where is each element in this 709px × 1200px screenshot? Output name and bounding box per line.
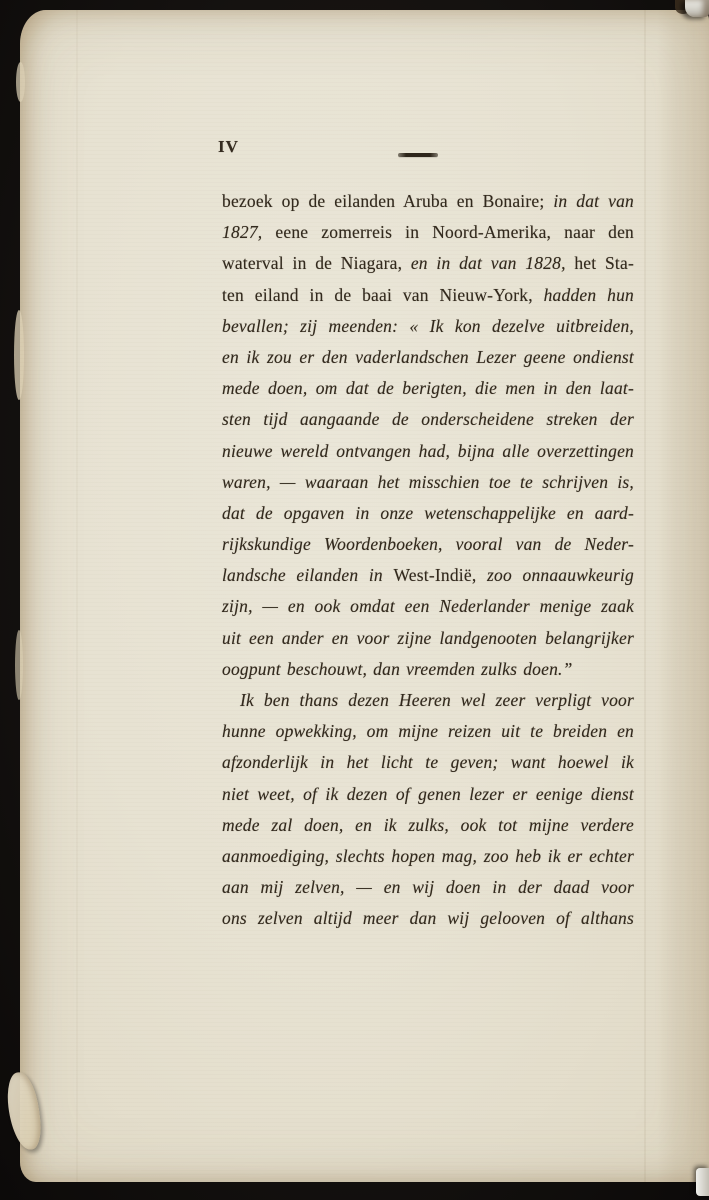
text-line: en ik zou er den vaderlandschen Lezer ge… (222, 342, 634, 373)
text-segment-roman: ten eiland in de baai van Nieuw-York, (222, 285, 544, 305)
text-segment-italic: oogpunt beschouwt, dan vreemden zulks do… (222, 659, 573, 679)
text-line: afzonderlijk in het licht te geven; want… (222, 747, 634, 778)
text-segment-italic: hunne opwekking, om mijne reizen uit te … (222, 721, 634, 741)
text-line: uit een ander en voor zijne landgenooten… (222, 623, 634, 654)
text-segment-italic: landsche eilanden in (222, 565, 393, 585)
text-segment-italic: ons zelven altijd meer dan wij gelooven … (222, 908, 634, 928)
text-segment-italic: dat de opgaven in onze wetenschappelijke… (222, 503, 634, 523)
text-line: oogpunt beschouwt, dan vreemden zulks do… (222, 654, 634, 685)
text-segment-italic: zijn, — en ook omdat een Nederlander men… (222, 596, 634, 616)
book-page: IV bezoek op de eilanden Aruba en Bonair… (20, 10, 709, 1182)
text-segment-italic: sten tijd aangaande de onderscheidene st… (222, 409, 634, 429)
paper-fold-line (76, 10, 78, 1182)
text-line: 1827, eene zomerreis in Noord-Amerika, n… (222, 217, 634, 248)
text-line: dat de opgaven in onze wetenschappelijke… (222, 498, 634, 529)
text-line: waren, — waaraan het misschien toe te sc… (222, 467, 634, 498)
text-segment-italic: aan mij zelven, — en wij doen in der daa… (222, 877, 634, 897)
text-segment-roman: waterval in de Niagara, (222, 253, 411, 273)
text-segment-italic: bevallen; zij meenden: « Ik kon dezelve … (222, 316, 634, 336)
text-segment-roman: bezoek op de eilanden Aruba en Bonaire; (222, 191, 553, 211)
text-segment-italic: en ik zou er den vaderlandschen Lezer ge… (222, 347, 634, 367)
text-segment-italic: rijkskundige Woordenboeken, vooral van d… (222, 534, 634, 554)
text-segment-italic: niet weet, of ik dezen of genen lezer er… (222, 784, 634, 804)
page-edge-shading (657, 10, 709, 1182)
text-segment-italic: en in dat van 1828, (411, 253, 575, 273)
text-line: aan mij zelven, — en wij doen in der daa… (222, 872, 634, 903)
text-line: waterval in de Niagara, en in dat van 18… (222, 248, 634, 279)
text-line: mede zal doen, en ik zulks, ook tot mijn… (222, 810, 634, 841)
text-segment-italic: hadden hun (544, 285, 634, 305)
text-line: zijn, — en ook omdat een Nederlander men… (222, 591, 634, 622)
text-segment-italic: Ik ben thans dezen Heeren wel zeer verpl… (240, 690, 634, 710)
text-line: sten tijd aangaande de onderscheidene st… (222, 404, 634, 435)
text-line: niet weet, of ik dezen of genen lezer er… (222, 779, 634, 810)
text-segment-italic: mede zal doen, en ik zulks, ook tot mijn… (222, 815, 634, 835)
text-segment-italic: uit een ander en voor zijne landgenooten… (222, 628, 634, 648)
text-segment-roman: het Sta- (574, 253, 634, 273)
text-line: bezoek op de eilanden Aruba en Bonaire; … (222, 186, 634, 217)
text-segment-roman: eene zomerreis in Noord-Amerika, naar de… (275, 222, 634, 242)
text-segment-italic: afzonderlijk in het licht te geven; want… (222, 752, 634, 772)
text-line: nieuwe wereld ontvangen had, bijna alle … (222, 436, 634, 467)
text-block: bezoek op de eilanden Aruba en Bonaire; … (222, 186, 634, 935)
text-segment-italic: nieuwe wereld ontvangen had, bijna alle … (222, 441, 634, 461)
text-segment-italic: waren, — waaraan het misschien toe te sc… (222, 472, 634, 492)
text-line: Ik ben thans dezen Heeren wel zeer verpl… (222, 685, 634, 716)
text-segment-italic: 1827, (222, 222, 275, 242)
text-line: mede doen, om dat de berigten, die men i… (222, 373, 634, 404)
text-segment-roman: West-Indië, (393, 565, 487, 585)
text-line: hunne opwekking, om mijne reizen uit te … (222, 716, 634, 747)
page-number: IV (218, 137, 239, 157)
text-line: ons zelven altijd meer dan wij gelooven … (222, 903, 634, 934)
text-segment-italic: mede doen, om dat de berigten, die men i… (222, 378, 634, 398)
text-line: ten eiland in de baai van Nieuw-York, ha… (222, 280, 634, 311)
text-line: landsche eilanden in West-Indië, zoo onn… (222, 560, 634, 591)
text-segment-italic: in dat van (553, 191, 634, 211)
text-segment-italic: aanmoediging, slechts hopen mag, zoo heb… (222, 846, 634, 866)
text-line: rijkskundige Woordenboeken, vooral van d… (222, 529, 634, 560)
text-segment-italic: zoo onnaauwkeurig (487, 565, 634, 585)
text-line: bevallen; zij meenden: « Ik kon dezelve … (222, 311, 634, 342)
paper-fold-line (644, 10, 646, 1182)
text-line: aanmoediging, slechts hopen mag, zoo heb… (222, 841, 634, 872)
header-rule (398, 153, 438, 157)
